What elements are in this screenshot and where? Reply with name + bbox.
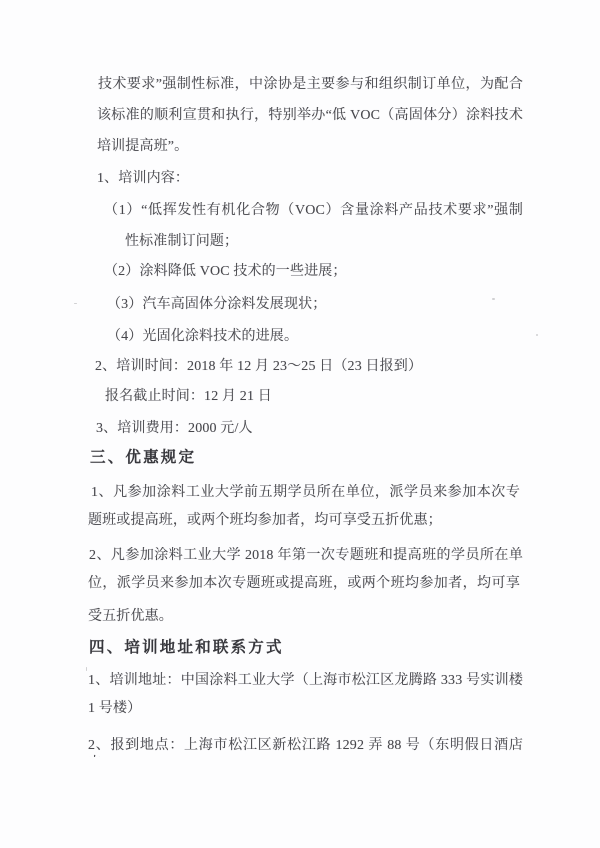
doc-line-04-list-item: 1、培训内容： xyxy=(97,170,189,188)
doc-line-18: 受五折优惠。 xyxy=(88,608,173,626)
doc-line-05-list-item: （1）“低挥发性有机化合物（VOC）含量涂料产品技术要求”强制 xyxy=(104,202,523,222)
doc-line-20-address: 1、培训地址：中国涂料工业大学（上海市松江区龙腾路 333 号实训楼 xyxy=(88,672,523,692)
doc-line-14: 1、凡参加涂料工业大学前五期学员所在单位，派学员来参加本次专 xyxy=(91,484,520,504)
doc-line-12-fee: 3、培训费用：2000 元/人 xyxy=(96,420,253,438)
scan-speckle xyxy=(536,334,538,336)
doc-line-02: 该标准的顺利宣贯和执行，特别举办“低 VOC（高固体分）涂料技术 xyxy=(97,107,523,127)
scan-speckle xyxy=(74,303,77,304)
doc-line-15: 题班或提高班，或两个班均参加者，均可享受五折优惠； xyxy=(88,512,442,530)
scanned-document-page: 技术要求”强制性标准，中涂协是主要参与和组织制订单位，为配合 该标准的顺利宣贯和… xyxy=(0,0,600,848)
doc-line-08-list-item: （3）汽车高固体分涂料发展现状； xyxy=(107,296,326,314)
scan-speckle xyxy=(492,298,495,300)
doc-line-21: 1 号楼） xyxy=(88,700,141,718)
doc-line-10-training-time: 2、培训时间：2018 年 12 月 23～25 日（23 日报到） xyxy=(95,358,422,376)
doc-line-03: 培训提高班”。 xyxy=(97,138,188,156)
section-heading-address-contact: 四、培训地址和联系方式 xyxy=(89,638,284,657)
doc-line-01: 技术要求”强制性标准，中涂协是主要参与和组织制订单位，为配合 xyxy=(98,76,523,96)
doc-line-16: 2、凡参加涂料工业大学 2018 年第一次专题班和提高班的学员所在单 xyxy=(89,547,523,567)
doc-line-07-list-item: （2）涂料降低 VOC 技术的一些进展； xyxy=(104,263,347,281)
scan-speckle xyxy=(86,667,87,671)
doc-line-22-checkin-location: 2、报到地点：上海市松江区新松江路 1292 弄 88 号（东明假日酒店 电 xyxy=(88,737,523,757)
section-heading-discount: 三、优惠规定 xyxy=(90,448,196,467)
doc-line-06: 性标准制订问题； xyxy=(125,233,238,251)
doc-line-09-list-item: （4）光固化涂料技术的进展。 xyxy=(107,328,298,346)
doc-line-11-deadline: 报名截止时间：12 月 21 日 xyxy=(105,388,272,406)
doc-line-17: 位，派学员来参加本次专题班或提高班，或两个班均参加者，均可享 xyxy=(88,575,520,595)
